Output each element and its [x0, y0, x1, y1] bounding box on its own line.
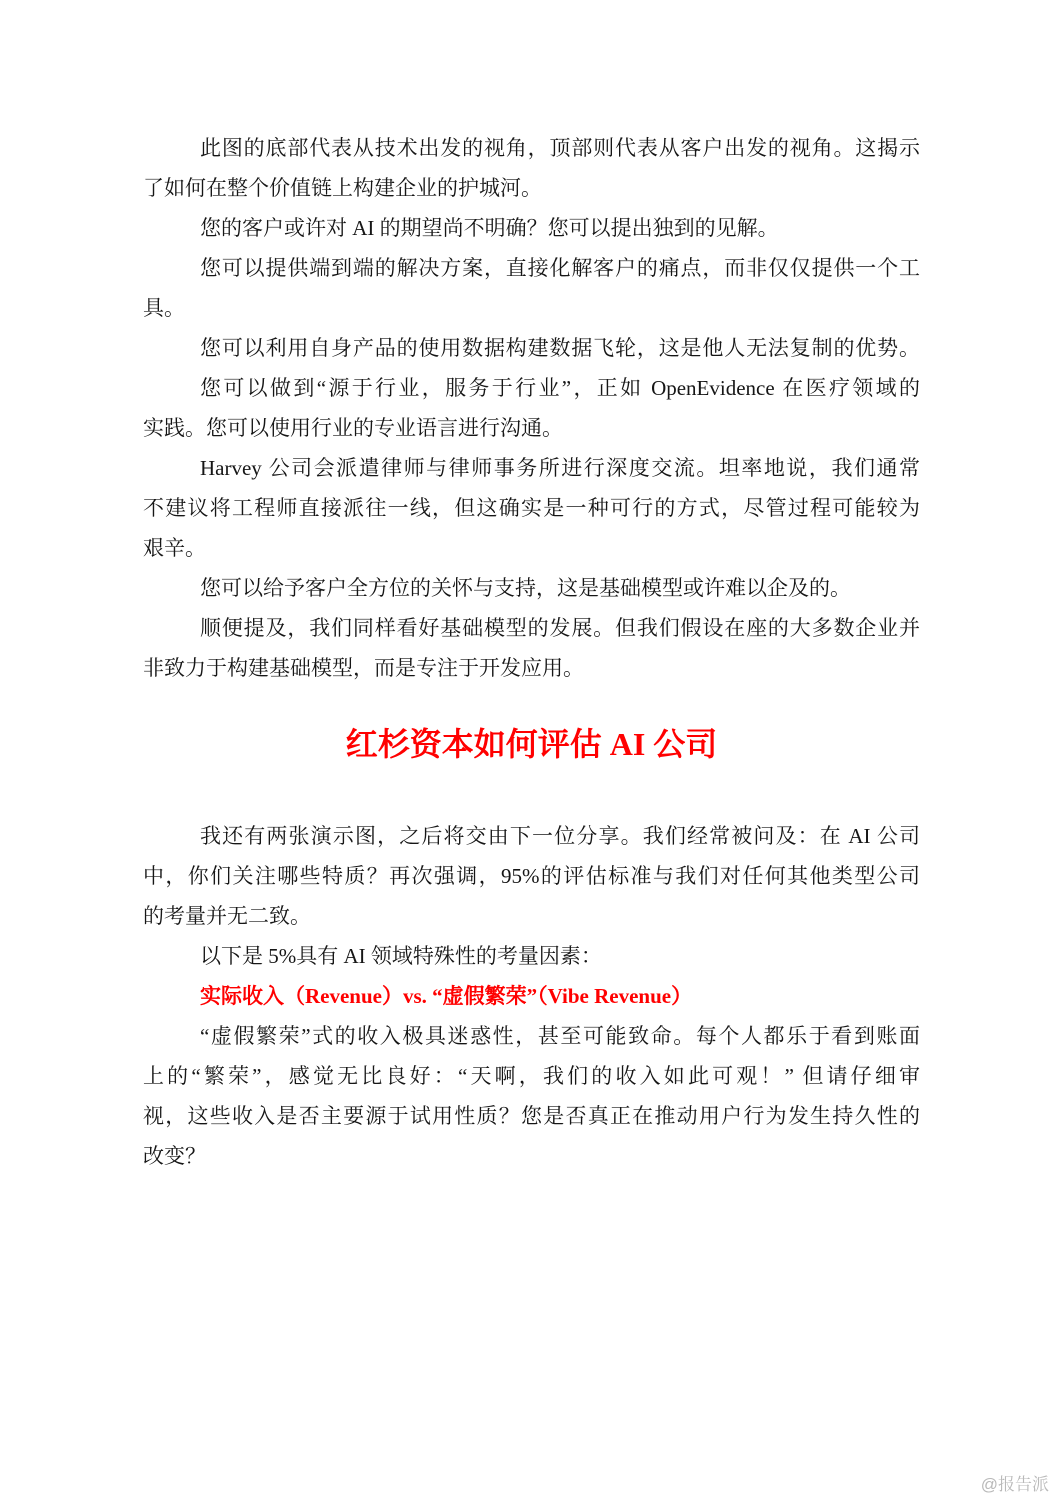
text-line: 您的客户或许对 AI 的期望尚不明确？您可以提出独到的见解。: [143, 208, 920, 248]
text-line: 中，你们关注哪些特质？再次强调，95%的评估标准与我们对任何其他类型公司: [143, 856, 920, 896]
text-line: 实践。您可以使用行业的专业语言进行沟通。: [143, 408, 920, 448]
document-body: 此图的底部代表从技术出发的视角，顶部则代表从客户出发的视角。这揭示了如何在整个价…: [143, 128, 920, 1176]
text-line: 的考量并无二致。: [143, 896, 920, 936]
text-line: 非致力于构建基础模型，而是专注于开发应用。: [143, 648, 920, 688]
text-line: 您可以利用自身产品的使用数据构建数据飞轮，这是他人无法复制的优势。: [143, 328, 920, 368]
text-line: 视，这些收入是否主要源于试用性质？您是否真正在推动用户行为发生持久性的: [143, 1096, 920, 1136]
watermark: @报告派: [981, 1470, 1049, 1495]
text-line: 您可以提供端到端的解决方案，直接化解客户的痛点，而非仅仅提供一个工: [143, 248, 920, 288]
text-line: 我还有两张演示图，之后将交由下一位分享。我们经常被问及：在 AI 公司: [143, 816, 920, 856]
document-page: 此图的底部代表从技术出发的视角，顶部则代表从客户出发的视角。这揭示了如何在整个价…: [0, 0, 1061, 1500]
text-line: “虚假繁荣”式的收入极具迷惑性，甚至可能致命。每个人都乐于看到账面: [143, 1016, 920, 1056]
text-line: 艰辛。: [143, 528, 920, 568]
text-line: 改变？: [143, 1136, 920, 1176]
text-line: 上的“繁荣”，感觉无比良好：“天啊，我们的收入如此可观！” 但请仔细审: [143, 1056, 920, 1096]
text-line: 具。: [143, 288, 920, 328]
text-line: 顺便提及，我们同样看好基础模型的发展。但我们假设在座的大多数企业并: [143, 608, 920, 648]
text-line: 以下是 5%具有 AI 领域特殊性的考量因素：: [143, 936, 920, 976]
red-emphasis-line: 实际收入（Revenue）vs. “虚假繁荣”（Vibe Revenue）: [143, 976, 920, 1016]
text-line: 此图的底部代表从技术出发的视角，顶部则代表从客户出发的视角。这揭示: [143, 128, 920, 168]
text-line: 不建议将工程师直接派往一线，但这确实是一种可行的方式，尽管过程可能较为: [143, 488, 920, 528]
section-before-heading: 此图的底部代表从技术出发的视角，顶部则代表从客户出发的视角。这揭示了如何在整个价…: [143, 128, 920, 688]
text-line: 了如何在整个价值链上构建企业的护城河。: [143, 168, 920, 208]
text-line: 您可以给予客户全方位的关怀与支持，这是基础模型或许难以企及的。: [143, 568, 920, 608]
text-line: Harvey 公司会派遣律师与律师事务所进行深度交流。坦率地说，我们通常: [143, 448, 920, 488]
section-heading: 红杉资本如何评估 AI 公司: [143, 716, 920, 772]
section-after-heading: 我还有两张演示图，之后将交由下一位分享。我们经常被问及：在 AI 公司中，你们关…: [143, 816, 920, 1176]
text-line: 您可以做到“源于行业，服务于行业”，正如 OpenEvidence 在医疗领域的: [143, 368, 920, 408]
